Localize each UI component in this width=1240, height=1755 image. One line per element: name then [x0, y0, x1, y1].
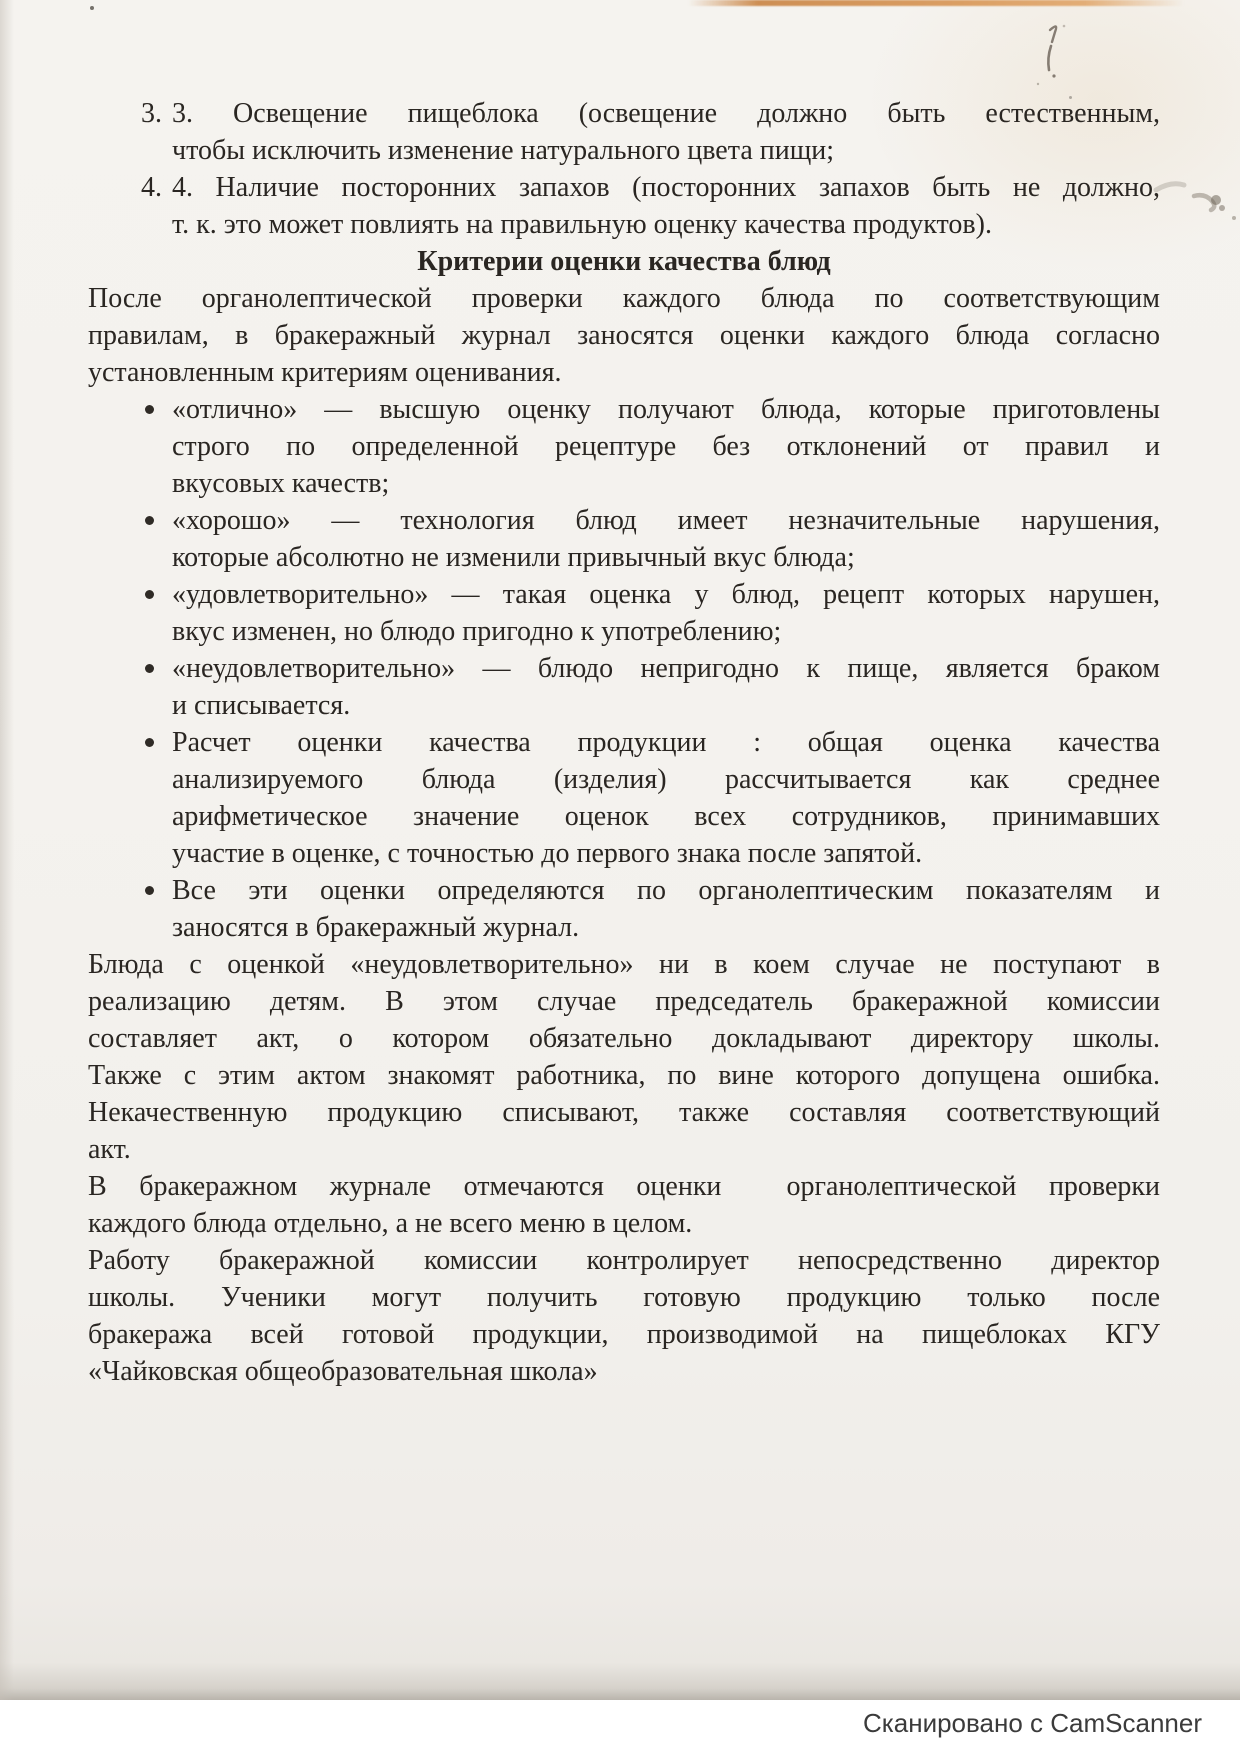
paragraph: В бракеражном журнале отмечаются оценки …: [88, 1168, 1160, 1242]
text-line: которые абсолютно не изменили привычный …: [172, 539, 1160, 576]
text-line: составляет акт, о котором обязательно до…: [88, 1020, 1160, 1057]
bullet-item: Все эти оценки определяются по органолеп…: [88, 872, 1160, 946]
text-line: «хорошо» — технология блюд имеет незначи…: [172, 502, 1160, 539]
text-line: В бракеражном журнале отмечаются оценки …: [88, 1168, 1160, 1205]
text-line: Также с этим актом знакомят работника, п…: [88, 1057, 1160, 1094]
bullet-dot-icon: [145, 738, 154, 747]
bullet-item: «неудовлетворительно» — блюдо непригодно…: [88, 650, 1160, 724]
text-line: арифметическое значение оценок всех сотр…: [172, 798, 1160, 835]
smudge-mark-icon: [1150, 162, 1240, 227]
text-line: вкусовых качеств;: [172, 465, 1160, 502]
list-number: 3.: [141, 95, 162, 132]
text-line: Критерии оценки качества блюд: [88, 243, 1160, 280]
numbered-item: 3.3. Освещение пищеблока (освещение долж…: [88, 95, 1160, 169]
camscanner-watermark: Сканировано с CamScanner: [863, 1707, 1202, 1739]
section-heading: Критерии оценки качества блюд: [88, 243, 1160, 280]
text-line: реализацию детям. В этом случае председа…: [88, 983, 1160, 1020]
text-line: и списывается.: [172, 687, 1160, 724]
text-line: акт.: [88, 1131, 1160, 1168]
text-line: Блюда с оценкой «неудовлетворительно» ни…: [88, 946, 1160, 983]
scan-top-edge-strip: [688, 0, 1184, 6]
bullet-dot-icon: [145, 664, 154, 673]
dust-speck: [90, 6, 94, 10]
text-line: «Чайковская общеобразовательная школа»: [88, 1353, 1160, 1390]
paragraph: Блюда с оценкой «неудовлетворительно» ни…: [88, 946, 1160, 1168]
scanned-page: 3.3. Освещение пищеблока (освещение долж…: [0, 0, 1240, 1700]
bullet-dot-icon: [145, 886, 154, 895]
text-line: «неудовлетворительно» — блюдо непригодно…: [172, 650, 1160, 687]
paragraph: Работу бракеражной комиссии контролирует…: [88, 1242, 1160, 1390]
text-line: чтобы исключить изменение натурального ц…: [172, 132, 1160, 169]
text-line: анализируемого блюда (изделия) рассчитыв…: [172, 761, 1160, 798]
text-line: установленным критериям оценивания.: [88, 354, 1160, 391]
bullet-item: Расчет оценки качества продукции : общая…: [88, 724, 1160, 872]
text-line: школы. Ученики могут получить готовую пр…: [88, 1279, 1160, 1316]
text-line: заносятся в бракеражный журнал.: [172, 909, 1160, 946]
text-line: Некачественную продукцию списывают, такж…: [88, 1094, 1160, 1131]
document-body: 3.3. Освещение пищеблока (освещение долж…: [88, 95, 1160, 1390]
text-line: каждого блюда отдельно, а не всего меню …: [88, 1205, 1160, 1242]
paragraph: После органолептической проверки каждого…: [88, 280, 1160, 391]
text-line: вкус изменен, но блюдо пригодно к употре…: [172, 613, 1160, 650]
numbered-item: 4.4. Наличие посторонних запахов (постор…: [88, 169, 1160, 243]
text-line: Работу бракеражной комиссии контролирует…: [88, 1242, 1160, 1279]
bullet-dot-icon: [145, 516, 154, 525]
pen-mark-icon: [1020, 18, 1080, 93]
text-line: строго по определенной рецептуре без отк…: [172, 428, 1160, 465]
text-line: правилам, в бракеражный журнал заносятся…: [88, 317, 1160, 354]
text-line: бракеража всей готовой продукции, произв…: [88, 1316, 1160, 1353]
text-line: «удовлетворительно» — такая оценка у блю…: [172, 576, 1160, 613]
text-line: т. к. это может повлиять на правильную о…: [172, 206, 1160, 243]
text-line: 3. Освещение пищеблока (освещение должно…: [172, 95, 1160, 132]
text-line: участие в оценке, с точностью до первого…: [172, 835, 1160, 872]
list-number: 4.: [141, 169, 162, 206]
bullet-dot-icon: [145, 405, 154, 414]
text-line: 4. Наличие посторонних запахов (посторон…: [172, 169, 1160, 206]
bullet-item: «хорошо» — технология блюд имеет незначи…: [88, 502, 1160, 576]
bullet-dot-icon: [145, 590, 154, 599]
text-line: После органолептической проверки каждого…: [88, 280, 1160, 317]
text-line: «отлично» — высшую оценку получают блюда…: [172, 391, 1160, 428]
paper-left-edge-shadow: [0, 0, 14, 1700]
text-line: Расчет оценки качества продукции : общая…: [172, 724, 1160, 761]
bullet-item: «удовлетворительно» — такая оценка у блю…: [88, 576, 1160, 650]
bullet-item: «отлично» — высшую оценку получают блюда…: [88, 391, 1160, 502]
text-line: Все эти оценки определяются по органолеп…: [172, 872, 1160, 909]
camscanner-footer: Сканировано с CamScanner: [0, 1700, 1240, 1755]
